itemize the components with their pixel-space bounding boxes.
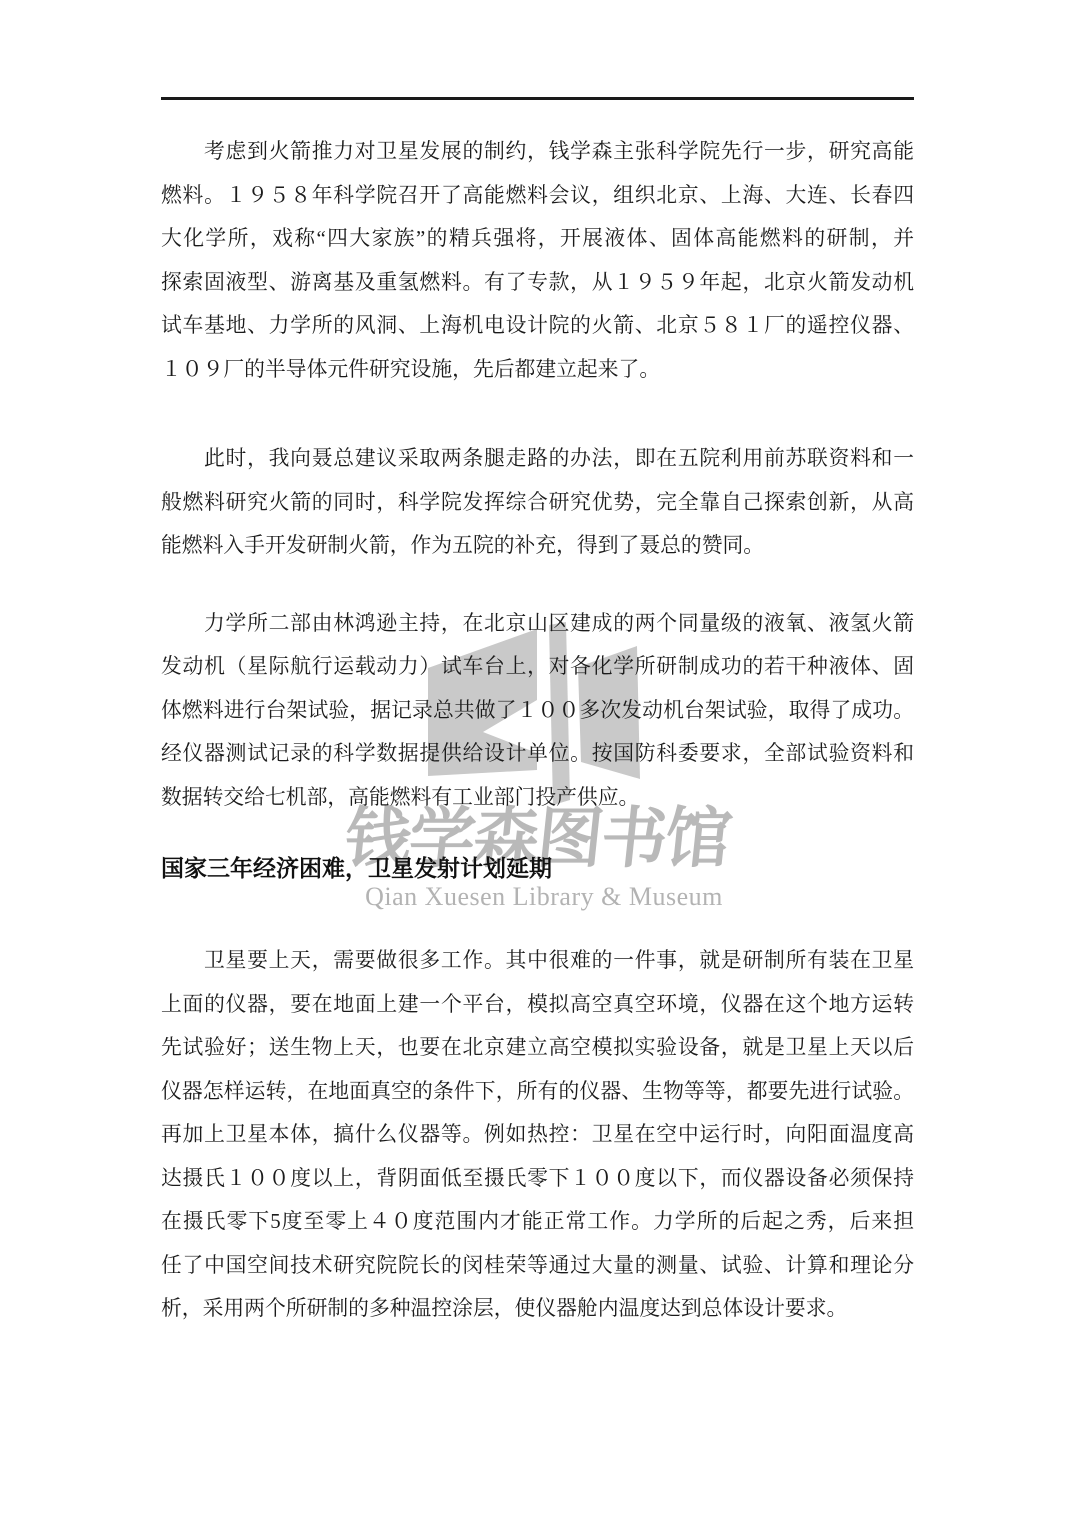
header-rule <box>161 97 914 100</box>
text-line: １０９厂的半导体元件研究设施，先后都建立起来了。 <box>161 348 914 392</box>
text-line: 仪器怎样运转，在地面真空的条件下，所有的仪器、生物等等，都要先进行试验。 <box>161 1070 914 1114</box>
text-line: 此时，我向聂总建议采取两条腿走路的办法，即在五院利用前苏联资料和一 <box>161 437 914 481</box>
section-heading: 国家三年经济困难，卫星发射计划延期 <box>161 854 914 884</box>
text-line: 经仪器测试记录的科学数据提供给设计单位。按国防科委要求，全部试验资料和 <box>161 732 914 776</box>
text-line: 考虑到火箭推力对卫星发展的制约，钱学森主张科学院先行一步，研究高能 <box>161 130 914 174</box>
text-line: 上面的仪器，要在地面上建一个平台，模拟高空真空环境，仪器在这个地方运转 <box>161 983 914 1027</box>
document-page: 钱学森图书馆 Qian Xuesen Library & Museum 考虑到火… <box>0 0 1074 1520</box>
text-line: 体燃料进行台架试验，据记录总共做了１００多次发动机台架试验，取得了成功。 <box>161 689 914 733</box>
text-line: 析，采用两个所研制的多种温控涂层，使仪器舱内温度达到总体设计要求。 <box>161 1287 914 1331</box>
text-line: 数据转交给七机部，高能燃料有工业部门投产供应。 <box>161 776 914 820</box>
text-line: 卫星要上天，需要做很多工作。其中很难的一件事，就是研制所有装在卫星 <box>161 939 914 983</box>
text-line: 能燃料入手开发研制火箭，作为五院的补充，得到了聂总的赞同。 <box>161 524 914 568</box>
text-line: 任了中国空间技术研究院院长的闵桂荣等通过大量的测量、试验、计算和理论分 <box>161 1244 914 1288</box>
paragraph: 此时，我向聂总建议采取两条腿走路的办法，即在五院利用前苏联资料和一般燃料研究火箭… <box>161 437 914 568</box>
text-line: 先试验好；送生物上天，也要在北京建立高空模拟实验设备，就是卫星上天以后 <box>161 1026 914 1070</box>
text-line: 燃料。１９５８年科学院召开了高能燃料会议，组织北京、上海、大连、长春四 <box>161 174 914 218</box>
text-line: 力学所二部由林鸿逊主持，在北京山区建成的两个同量级的液氧、液氢火箭 <box>161 602 914 646</box>
paragraph: 卫星要上天，需要做很多工作。其中很难的一件事，就是研制所有装在卫星上面的仪器，要… <box>161 939 914 1331</box>
paragraph: 力学所二部由林鸿逊主持，在北京山区建成的两个同量级的液氧、液氢火箭发动机（星际航… <box>161 602 914 820</box>
text-line: 探索固液型、游离基及重氢燃料。有了专款，从１９５９年起，北京火箭发动机 <box>161 261 914 305</box>
text-line: 发动机（星际航行运载动力）试车台上，对各化学所研制成功的若干种液体、固 <box>161 645 914 689</box>
text-line: 般燃料研究火箭的同时，科学院发挥综合研究优势，完全靠自己探索创新，从高 <box>161 481 914 525</box>
text-line: 再加上卫星本体，搞什么仪器等。例如热控：卫星在空中运行时，向阳面温度高 <box>161 1113 914 1157</box>
text-line: 试车基地、力学所的风洞、上海机电设计院的火箭、北京５８１厂的遥控仪器、 <box>161 304 914 348</box>
paragraph: 考虑到火箭推力对卫星发展的制约，钱学森主张科学院先行一步，研究高能燃料。１９５８… <box>161 130 914 391</box>
text-line: 在摄氏零下5度至零上４０度范围内才能正常工作。力学所的后起之秀，后来担 <box>161 1200 914 1244</box>
document-blocks: 考虑到火箭推力对卫星发展的制约，钱学森主张科学院先行一步，研究高能燃料。１９５８… <box>161 130 914 1331</box>
text-line: 达摄氏１００度以上，背阴面低至摄氏零下１００度以下，而仪器设备必须保持 <box>161 1157 914 1201</box>
text-line: 大化学所，戏称“四大家族”的精兵强将，开展液体、固体高能燃料的研制，并 <box>161 217 914 261</box>
